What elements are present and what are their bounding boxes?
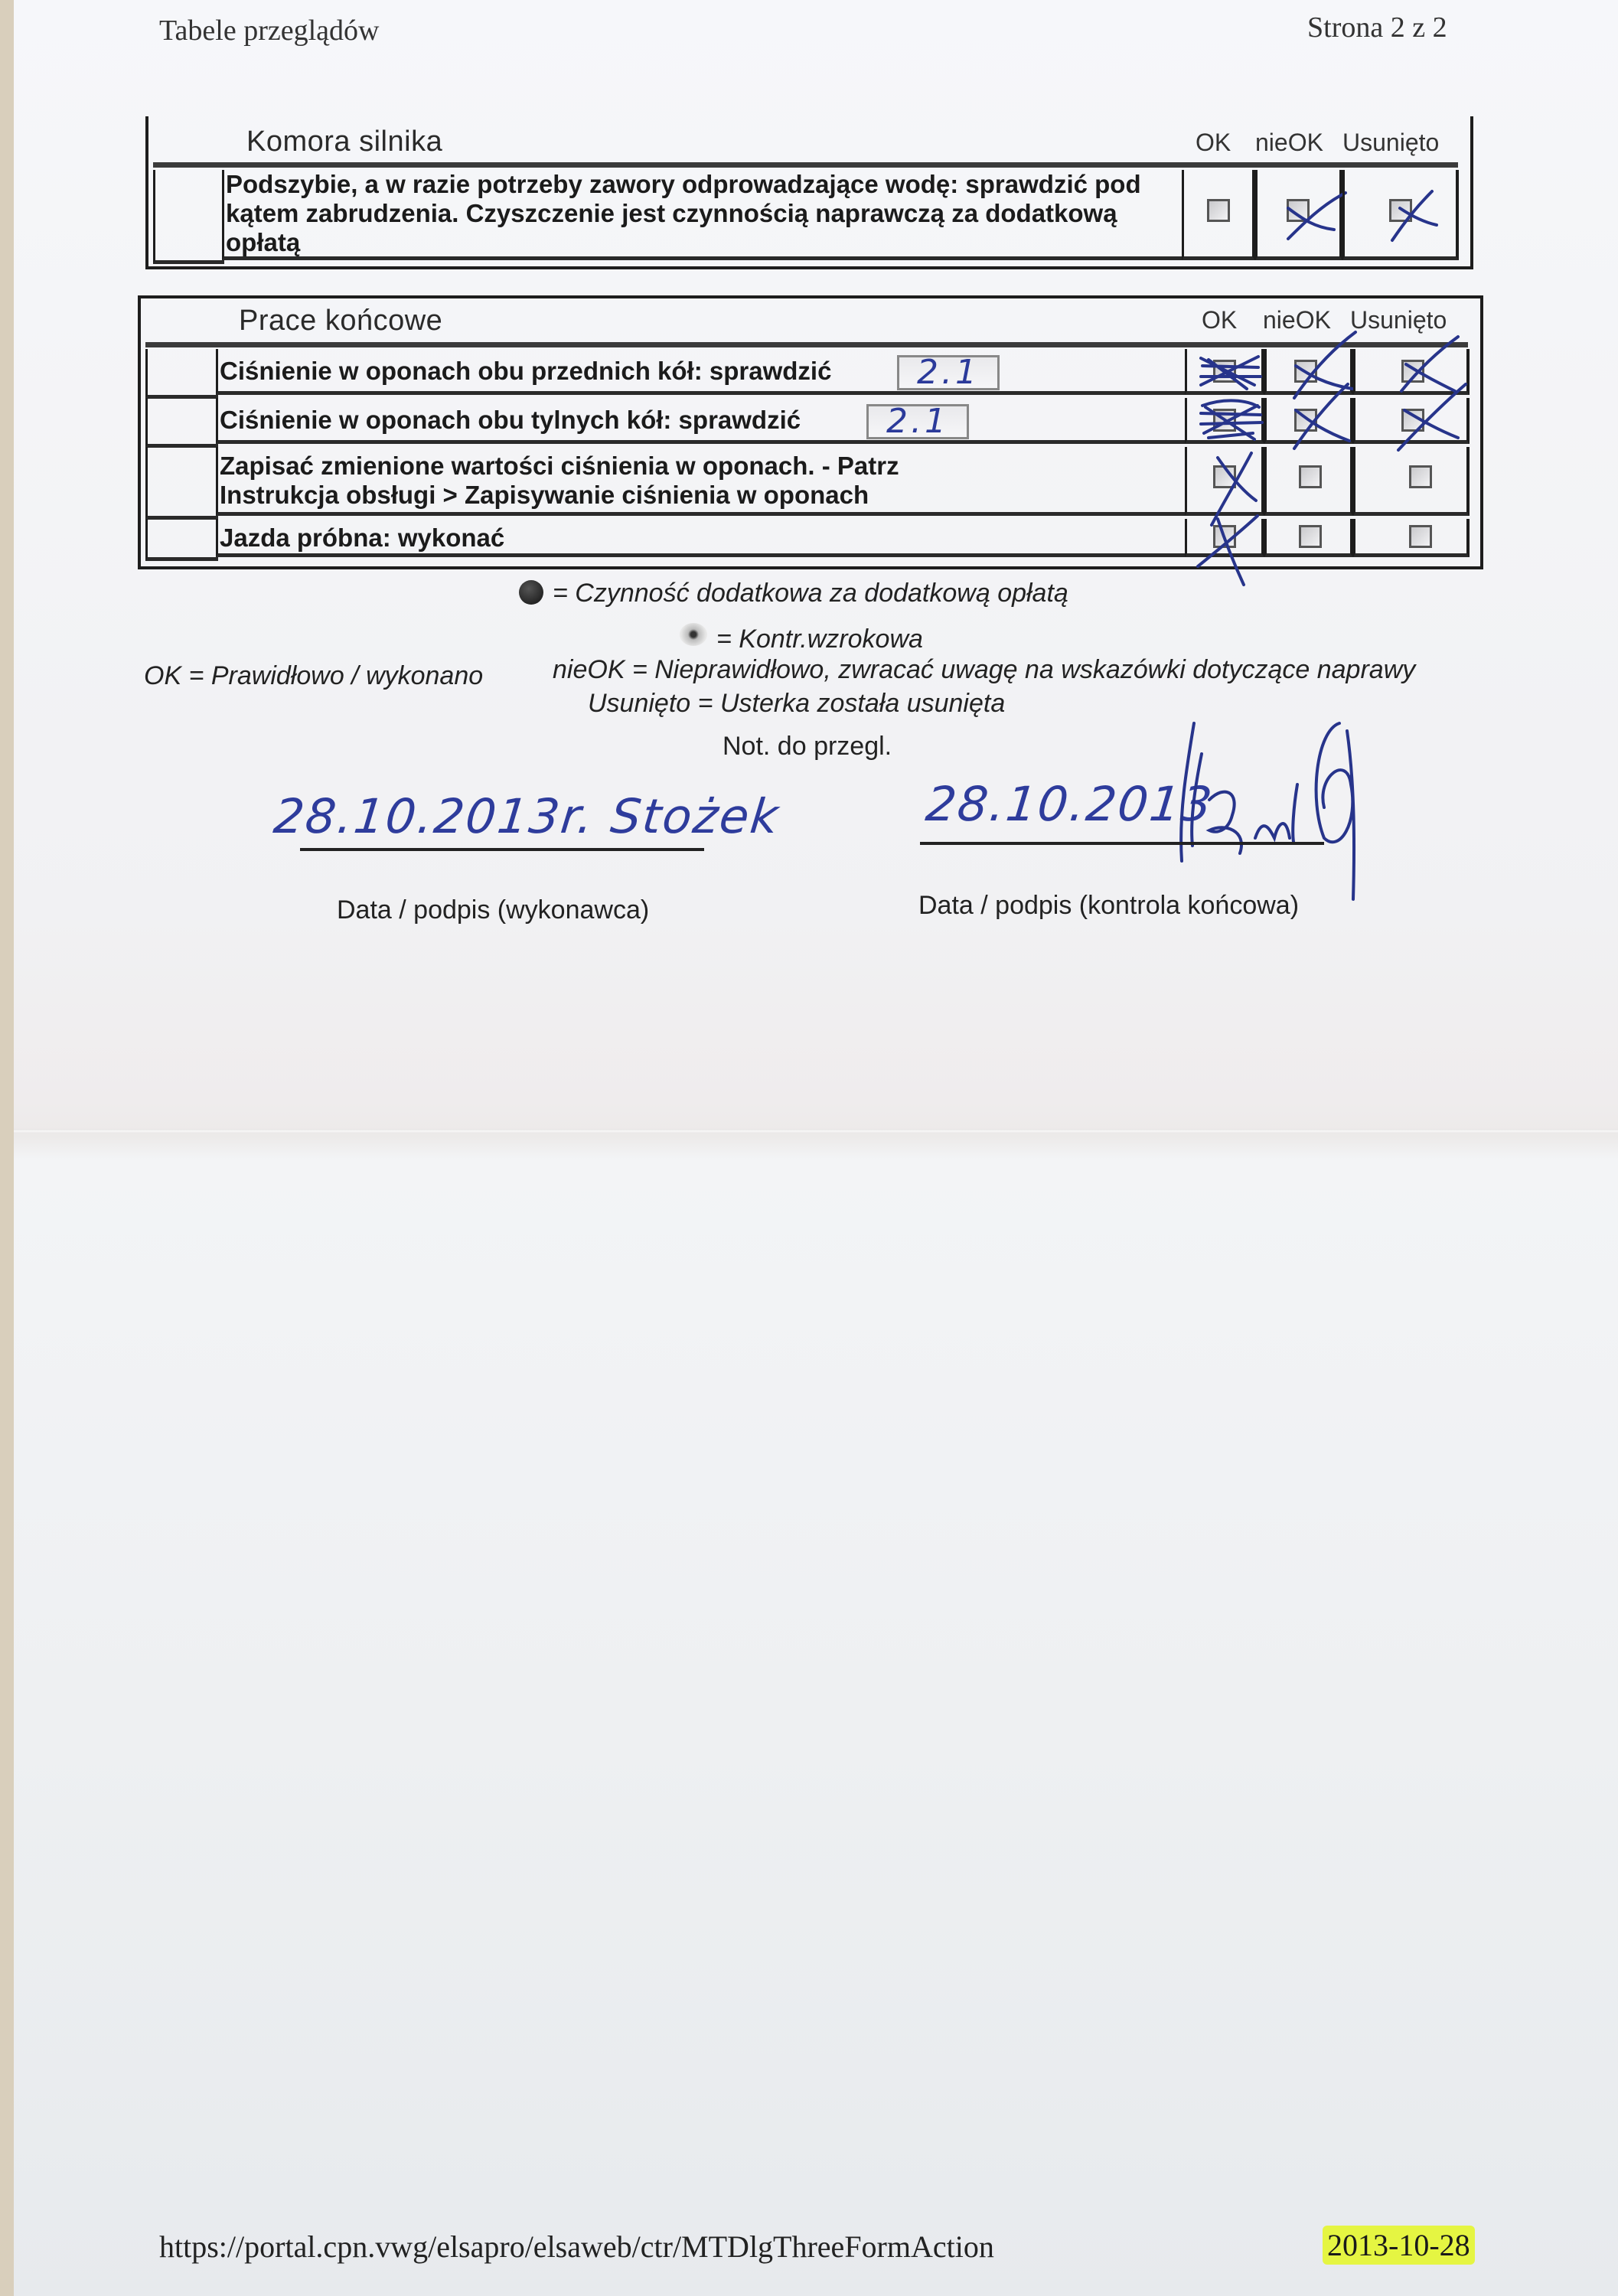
legend-extra-paid: = Czynność dodatkowa za dodatkową opłatą bbox=[553, 579, 1068, 608]
section-title: Prace końcowe bbox=[239, 305, 442, 338]
col-head-nieok: nieOK bbox=[1263, 306, 1331, 334]
final-check-handwritten-date: 28.10.2013 bbox=[923, 776, 1216, 832]
col-head-nieok: nieOK bbox=[1255, 129, 1323, 157]
header-rule bbox=[145, 342, 1468, 347]
section-title: Komora silnika bbox=[246, 126, 442, 158]
usunieto-cell bbox=[1342, 170, 1459, 260]
contractor-label: Data / podpis (wykonawca) bbox=[337, 895, 649, 925]
nieok-cell bbox=[1264, 447, 1353, 516]
col-head-ok: OK bbox=[1196, 129, 1231, 157]
row-margin bbox=[145, 519, 218, 561]
row-text-cell: Jazda próbna: wykonać bbox=[216, 519, 1185, 557]
ok-checkbox[interactable] bbox=[1207, 199, 1230, 222]
usunieto-checkbox[interactable] bbox=[1401, 409, 1424, 432]
col-head-usunieto: Usunięto bbox=[1342, 129, 1439, 157]
page-indicator: Strona 2 z 2 bbox=[1307, 11, 1447, 44]
row-text-cell: Zapisać zmienione wartości ciśnienia w o… bbox=[216, 447, 1185, 516]
row-text: Jazda próbna: wykonać bbox=[220, 523, 504, 552]
header-rule bbox=[153, 162, 1458, 168]
footer-date-highlighted: 2013-10-28 bbox=[1323, 2226, 1475, 2265]
usunieto-checkbox[interactable] bbox=[1409, 465, 1432, 488]
document-title: Tabele przeglądów bbox=[159, 14, 379, 47]
final-check-label: Data / podpis (kontrola końcowa) bbox=[918, 891, 1299, 921]
nieok-checkbox[interactable] bbox=[1294, 409, 1317, 432]
nieok-cell bbox=[1264, 398, 1353, 444]
legend-nieok: nieOK = Nieprawidłowo, zwracać uwagę na … bbox=[553, 655, 1415, 685]
pressure-front-field[interactable]: 2.1 bbox=[897, 355, 1000, 390]
pressure-rear-field[interactable]: 2.1 bbox=[866, 404, 969, 439]
ok-cell bbox=[1182, 170, 1255, 260]
frame-edge bbox=[145, 116, 148, 155]
legend-usunieto: Usunięto = Usterka została usunięta bbox=[588, 689, 1005, 719]
nieok-checkbox[interactable] bbox=[1299, 465, 1322, 488]
ok-checkbox[interactable] bbox=[1213, 409, 1236, 432]
inspection-note: Not. do przegl. bbox=[723, 732, 892, 762]
row-text: Ciśnienie w oponach obu przednich kół: s… bbox=[220, 357, 831, 385]
ok-cell bbox=[1185, 398, 1264, 444]
usunieto-checkbox[interactable] bbox=[1401, 360, 1424, 383]
row-margin bbox=[145, 398, 218, 448]
col-head-ok: OK bbox=[1202, 306, 1237, 334]
nieok-cell bbox=[1264, 349, 1353, 395]
signature-line bbox=[300, 848, 704, 851]
row-text: Podszybie, a w razie potrzeby zawory odp… bbox=[222, 170, 1182, 260]
usunieto-cell bbox=[1353, 519, 1470, 557]
nieok-checkbox[interactable] bbox=[1294, 360, 1317, 383]
row-text: Ciśnienie w oponach obu tylnych kół: spr… bbox=[220, 406, 801, 434]
nieok-cell bbox=[1255, 170, 1342, 260]
paper-fold bbox=[14, 1129, 1618, 1133]
ok-checkbox[interactable] bbox=[1213, 525, 1236, 548]
visual-inspection-eye-icon bbox=[680, 623, 707, 646]
ok-checkbox[interactable] bbox=[1213, 360, 1236, 383]
ok-cell bbox=[1185, 349, 1264, 395]
ok-checkbox[interactable] bbox=[1213, 465, 1236, 488]
row-margin bbox=[145, 447, 218, 520]
footer-url: https://portal.cpn.vwg/elsapro/elsaweb/c… bbox=[159, 2229, 994, 2265]
usunieto-cell bbox=[1353, 447, 1470, 516]
extra-paid-dot-icon bbox=[519, 580, 543, 605]
row-margin bbox=[153, 170, 224, 264]
legend-visual: = Kontr.wzrokowa bbox=[716, 625, 923, 654]
col-head-usunieto: Usunięto bbox=[1350, 306, 1447, 334]
row-margin bbox=[145, 349, 218, 399]
row-text: Zapisać zmienione wartości ciśnienia w o… bbox=[220, 452, 1000, 510]
nieok-checkbox[interactable] bbox=[1287, 199, 1310, 222]
row-text-cell: Ciśnienie w oponach obu przednich kół: s… bbox=[216, 349, 1185, 395]
usunieto-cell bbox=[1353, 349, 1470, 395]
ok-cell bbox=[1185, 519, 1264, 557]
signature-line bbox=[920, 842, 1324, 845]
usunieto-checkbox[interactable] bbox=[1409, 525, 1432, 548]
usunieto-cell bbox=[1353, 398, 1470, 444]
row-text-cell: Ciśnienie w oponach obu tylnych kół: spr… bbox=[216, 398, 1185, 444]
ok-cell bbox=[1185, 447, 1264, 516]
usunieto-checkbox[interactable] bbox=[1389, 199, 1412, 222]
contractor-handwritten-signature: 28.10.2013r. Stożek bbox=[271, 788, 782, 844]
legend-ok: OK = Prawidłowo / wykonano bbox=[144, 661, 483, 691]
nieok-checkbox[interactable] bbox=[1299, 525, 1322, 548]
nieok-cell bbox=[1264, 519, 1353, 557]
